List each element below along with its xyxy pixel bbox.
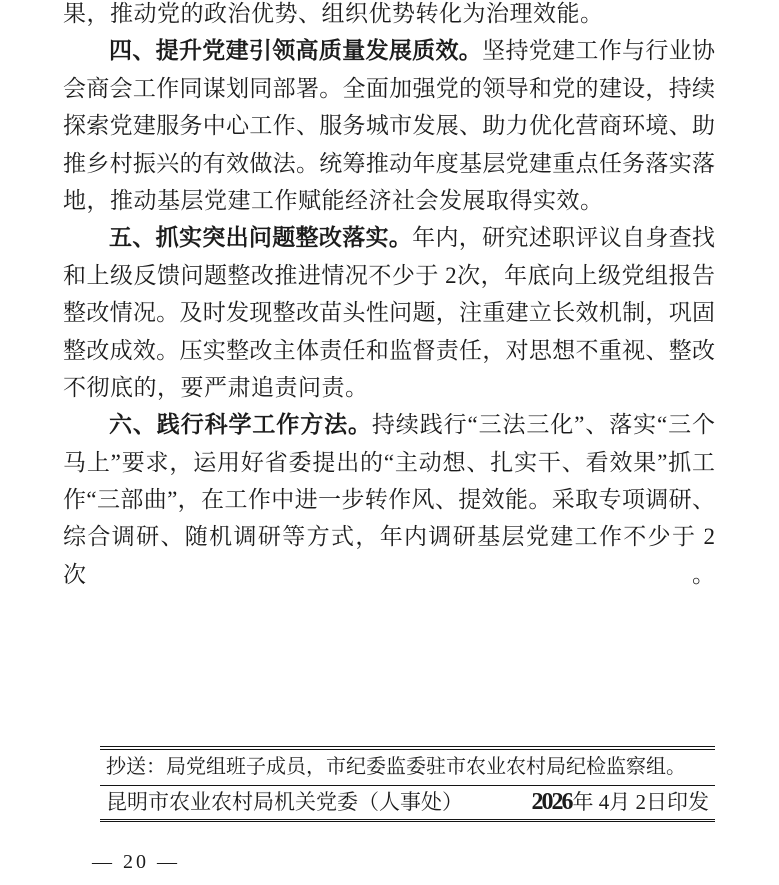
text-line: 综合调研、随机调研等方式，年内调研基层党建工作不少于 2次。 (63, 518, 715, 555)
text-line: 地，推动基层党建工作赋能经济社会发展取得实效。 (63, 182, 715, 219)
text-line: 不彻底的，要严肃追责问责。 (63, 369, 715, 406)
text-line: 五、抓实突出问题整改落实。年内，研究述职评议自身查找 (63, 219, 715, 256)
paragraph-heading: 六、践行科学工作方法。 (109, 411, 372, 437)
issue-line: 昆明市农业农村局机关党委（人事处） 2026年 4月 2日印发 (100, 786, 715, 819)
cc-line: 抄送：局党组班子成员，市纪委监委驻市农业农村局纪检监察组。 (100, 750, 715, 785)
document-page: 果，推动党的政治优势、组织优势转化为治理效能。四、提升党建引领高质量发展质效。坚… (0, 0, 779, 885)
text-line: 整改成效。压实整改主体责任和监督责任，对思想不重视、整改 (63, 332, 715, 369)
text-line: 推乡村振兴的有效做法。统筹推动年度基层党建重点任务落实落 (63, 145, 715, 182)
issuer-text: 昆明市农业农村局机关党委（人事处） (106, 786, 463, 819)
print-year: 2026 (532, 789, 572, 815)
text-line: 会商会工作同谋划同部署。全面加强党的领导和党的建设，持续 (63, 70, 715, 107)
text-line: 探索党建服务中心工作、服务城市发展、助力优化营商环境、助 (63, 107, 715, 144)
body-lines: 果，推动党的政治优势、组织优势转化为治理效能。四、提升党建引领高质量发展质效。坚… (63, 0, 715, 556)
footer-bottom-rule (100, 819, 715, 823)
text-line: 马上”要求，运用好省委提出的“主动想、扎实干、看效果”抓工 (63, 444, 715, 481)
paragraph-heading: 五、抓实突出问题整改落实。 (109, 224, 412, 250)
print-date-rest: 年 4月 2日印发 (573, 790, 710, 814)
text-line: 六、践行科学工作方法。持续践行“三法三化”、落实“三个 (63, 406, 715, 443)
page-number: — 20 — (92, 851, 180, 874)
text-line: 和上级反馈问题整改推进情况不少于 2次，年底向上级党组报告 (63, 257, 715, 294)
text-line: 四、提升党建引领高质量发展质效。坚持党建工作与行业协 (63, 32, 715, 69)
text-line: 果，推动党的政治优势、组织优势转化为治理效能。 (63, 0, 715, 32)
paragraph-heading: 四、提升党建引领高质量发展质效。 (109, 37, 482, 63)
text-line: 作“三部曲”，在工作中进一步转作风、提效能。采取专项调研、 (63, 481, 715, 518)
print-date: 2026年 4月 2日印发 (532, 786, 710, 819)
cc-text: 抄送：局党组班子成员，市纪委监委驻市农业农村局纪检监察组。 (106, 756, 686, 778)
text-line: 整改情况。及时发现整改苗头性问题，注重建立长效机制，巩固 (63, 294, 715, 331)
document-footer: 抄送：局党组班子成员，市纪委监委驻市农业农村局纪检监察组。 昆明市农业农村局机关… (100, 746, 715, 822)
